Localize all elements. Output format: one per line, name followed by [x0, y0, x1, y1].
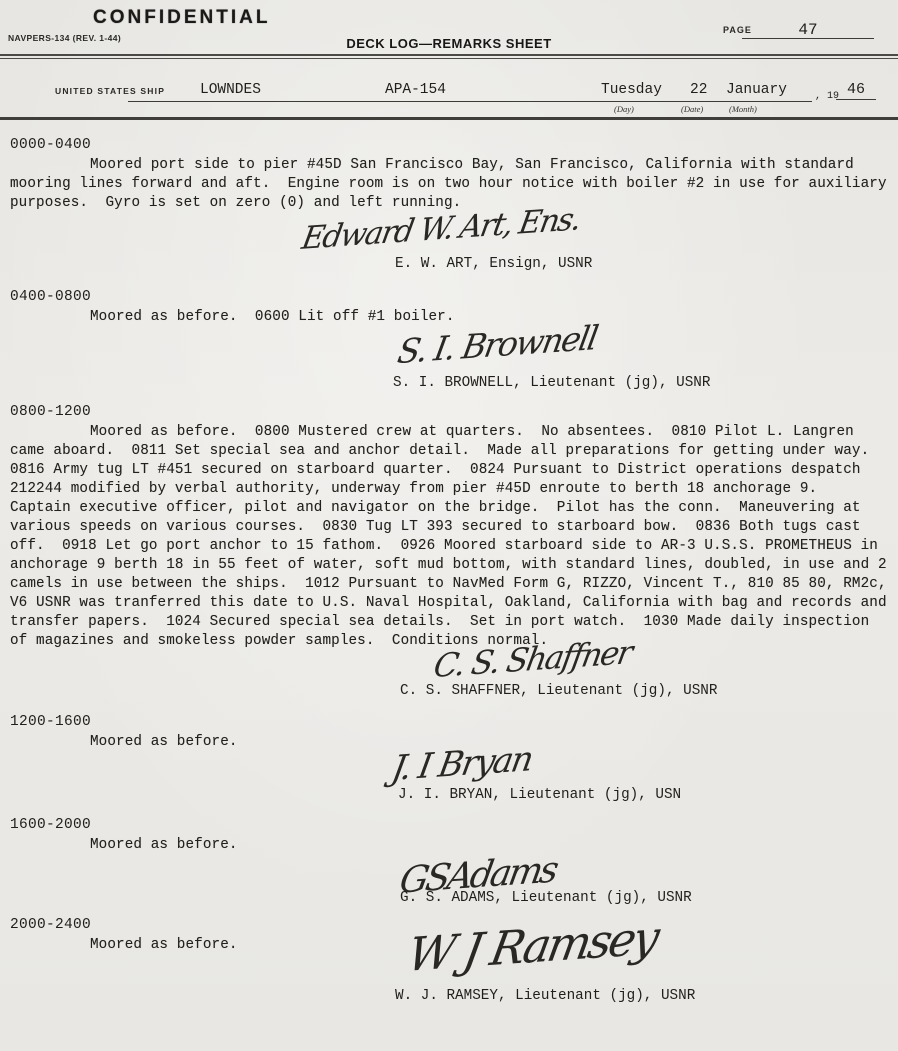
hull-number: APA-154 — [385, 82, 446, 98]
month-label: (Month) — [729, 104, 757, 114]
watch-period-label: 0800-1200 — [10, 404, 888, 420]
date-value: 22 — [690, 82, 707, 98]
signer-typed-name: W. J. RAMSEY, Lieutenant (jg), USNR — [395, 988, 695, 1004]
log-entry-0400-0800: 0400-0800 Moored as before. 0600 Lit off… — [10, 289, 888, 327]
log-entry-2000-2400: 2000-2400 Moored as before. W J Ramsey W… — [10, 917, 888, 955]
watch-period-label: 1600-2000 — [10, 817, 888, 833]
ship-name: LOWNDES — [200, 82, 261, 98]
signer-typed-name: S. I. BROWNELL, Lieutenant (jg), USNR — [393, 375, 710, 391]
confidential-stamp: CONFIDENTIAL — [93, 7, 270, 29]
watch-period-label: 1200-1600 — [10, 714, 888, 730]
ship-name-underline — [128, 82, 600, 102]
header-divider-bottom — [0, 117, 898, 120]
log-entry-1600-2000: 1600-2000 Moored as before. GSAdams G. S… — [10, 817, 888, 855]
year-value: 46 — [836, 81, 876, 100]
signer-typed-name: E. W. ART, Ensign, USNR — [395, 256, 592, 272]
signer-typed-name: G. S. ADAMS, Lieutenant (jg), USNR — [400, 890, 692, 906]
watch-period-label: 0400-0800 — [10, 289, 888, 305]
page-number: 47 — [742, 21, 874, 39]
log-entry-1200-1600: 1200-1600 Moored as before. J. I Bryan J… — [10, 714, 888, 752]
date-label: (Date) — [681, 104, 703, 114]
day-value: Tuesday — [601, 82, 662, 98]
month-value: January — [726, 82, 787, 98]
remarks-text: Moored as before. 0600 Lit off #1 boiler… — [10, 308, 888, 327]
day-label: (Day) — [614, 104, 634, 114]
remarks-text: Moored as before. — [10, 836, 888, 855]
remarks-text: Moored as before. 0800 Mustered crew at … — [10, 423, 888, 651]
signer-typed-name: J. I. BRYAN, Lieutenant (jg), USN — [398, 787, 681, 803]
remarks-text: Moored port side to pier #45D San Franci… — [10, 156, 888, 213]
log-entry-0800-1200: 0800-1200 Moored as before. 0800 Mustere… — [10, 404, 888, 651]
header-divider-top — [0, 54, 898, 59]
watch-period-label: 0000-0400 — [10, 137, 888, 153]
deck-log-remarks-sheet: CONFIDENTIAL NAVPERS-134 (REV. 1-44) DEC… — [0, 0, 898, 1051]
log-entry-0000-0400: 0000-0400 Moored port side to pier #45D … — [10, 137, 888, 213]
signer-typed-name: C. S. SHAFFNER, Lieutenant (jg), USNR — [400, 683, 717, 699]
